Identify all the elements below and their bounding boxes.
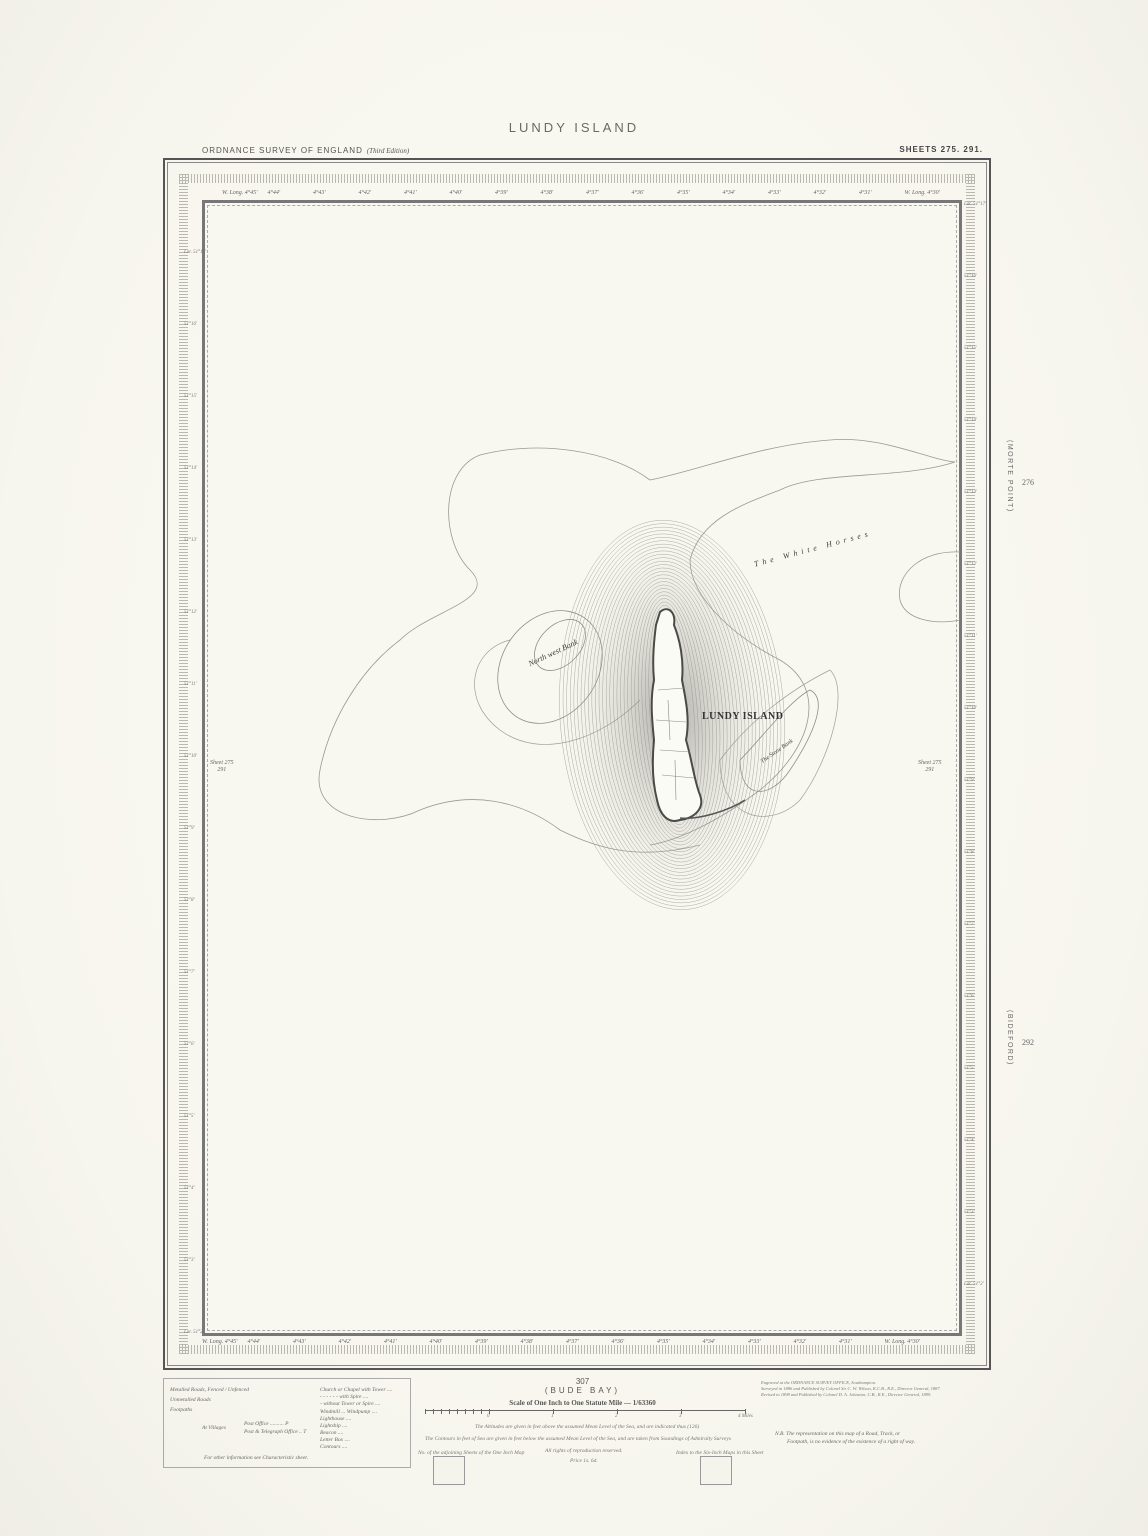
scale-tick-0: 0 — [487, 1414, 490, 1419]
legend-beacon: Beacon .... — [320, 1430, 343, 1436]
east-sheet-ref-bottom: 291 — [918, 767, 942, 774]
legend-footer: For other information see Characteristic… — [204, 1455, 308, 1461]
adjoining-east-lower-number: 292 — [1022, 1038, 1034, 1047]
legend-box: Metalled Roads, Fenced / Unfenced Unmeta… — [163, 1378, 411, 1468]
nb-line-1: N.B. The representation on this map of a… — [775, 1430, 915, 1438]
adjoining-south-name: (BUDE BAY) — [410, 1386, 755, 1395]
legend-post-office: Post Office .......... P — [244, 1421, 288, 1427]
scale-tick-2: 2 — [615, 1414, 618, 1419]
legend-contours: Contours .... — [320, 1444, 347, 1450]
legend-windmill: Windmill ... Windpump .... — [320, 1409, 377, 1415]
legend-church-tower: Church or Chapel with Tower .... — [320, 1387, 392, 1393]
west-sheet-ref-bottom: 291 — [210, 767, 234, 774]
scale-tick-1: 1 — [551, 1414, 554, 1419]
legend-villages-label: At Villages — [202, 1425, 226, 1431]
adjoining-east-upper-number: 276 — [1022, 478, 1034, 487]
adjoining-sheets-diagram — [433, 1456, 465, 1485]
six-inch-index-diagram — [700, 1456, 732, 1485]
bottom-centre-block: 307 (BUDE BAY) Scale of One Inch to One … — [410, 1377, 755, 1407]
west-sheet-ref-top: Sheet 275 — [210, 760, 234, 767]
nb-line-2: Footpath, is no evidence of the existenc… — [775, 1438, 915, 1446]
imprint-line-3: Revised in 1898 and Published by Colonel… — [761, 1392, 941, 1398]
legend-metalled-roads: Metalled Roads, Fenced / Unfenced — [170, 1387, 249, 1393]
legend-unmetalled-roads: Unmetalled Roads — [170, 1397, 211, 1403]
legend-footpaths: Footpaths — [170, 1407, 192, 1413]
note-rights: All rights of reproduction reserved. — [545, 1448, 622, 1454]
scale-tick-3: 3 — [679, 1414, 682, 1419]
scale-bar — [425, 1410, 745, 1414]
label-lundy-island: LUNDY ISLAND — [702, 711, 783, 722]
legend-letter-box: Letter Box .... — [320, 1437, 350, 1443]
scale-title: Scale of One Inch to One Statute Mile — … — [410, 1399, 755, 1407]
adjoining-east-upper-name: (MORTE POINT) — [1006, 440, 1013, 513]
legend-lightship: Lightship .... — [320, 1423, 348, 1429]
right-of-way-note: N.B. The representation on this map of a… — [775, 1430, 915, 1446]
imprint-block: Engraved at the ORDNANCE SURVEY OFFICE, … — [761, 1380, 941, 1398]
map-drawing — [0, 0, 1148, 1536]
legend-church-spire: - - - - - - with Spire .... — [320, 1394, 368, 1400]
adjoining-south-number: 307 — [410, 1377, 755, 1386]
legend-post-telegraph: Post & Telegraph Office .. T — [244, 1429, 306, 1435]
east-sheet-ref-top: Sheet 275 — [918, 760, 942, 767]
contour-line — [899, 552, 960, 622]
note-price: Price 1s. 6d. — [570, 1458, 598, 1464]
west-sheet-reference: Sheet 275 291 — [210, 760, 234, 774]
note-altitudes: The Altitudes are given in feet above th… — [475, 1424, 699, 1430]
note-contours: The Contours in feet of Sea are given in… — [425, 1436, 731, 1442]
legend-church-plain: - without Tower or Spire .... — [320, 1401, 381, 1407]
scale-tick-4: 4 Miles — [738, 1414, 753, 1419]
adjoining-east-lower-name: (BIDEFORD) — [1006, 1010, 1013, 1066]
east-sheet-reference: Sheet 275 291 — [918, 760, 942, 774]
legend-lighthouse: Lighthouse .... — [320, 1416, 351, 1422]
